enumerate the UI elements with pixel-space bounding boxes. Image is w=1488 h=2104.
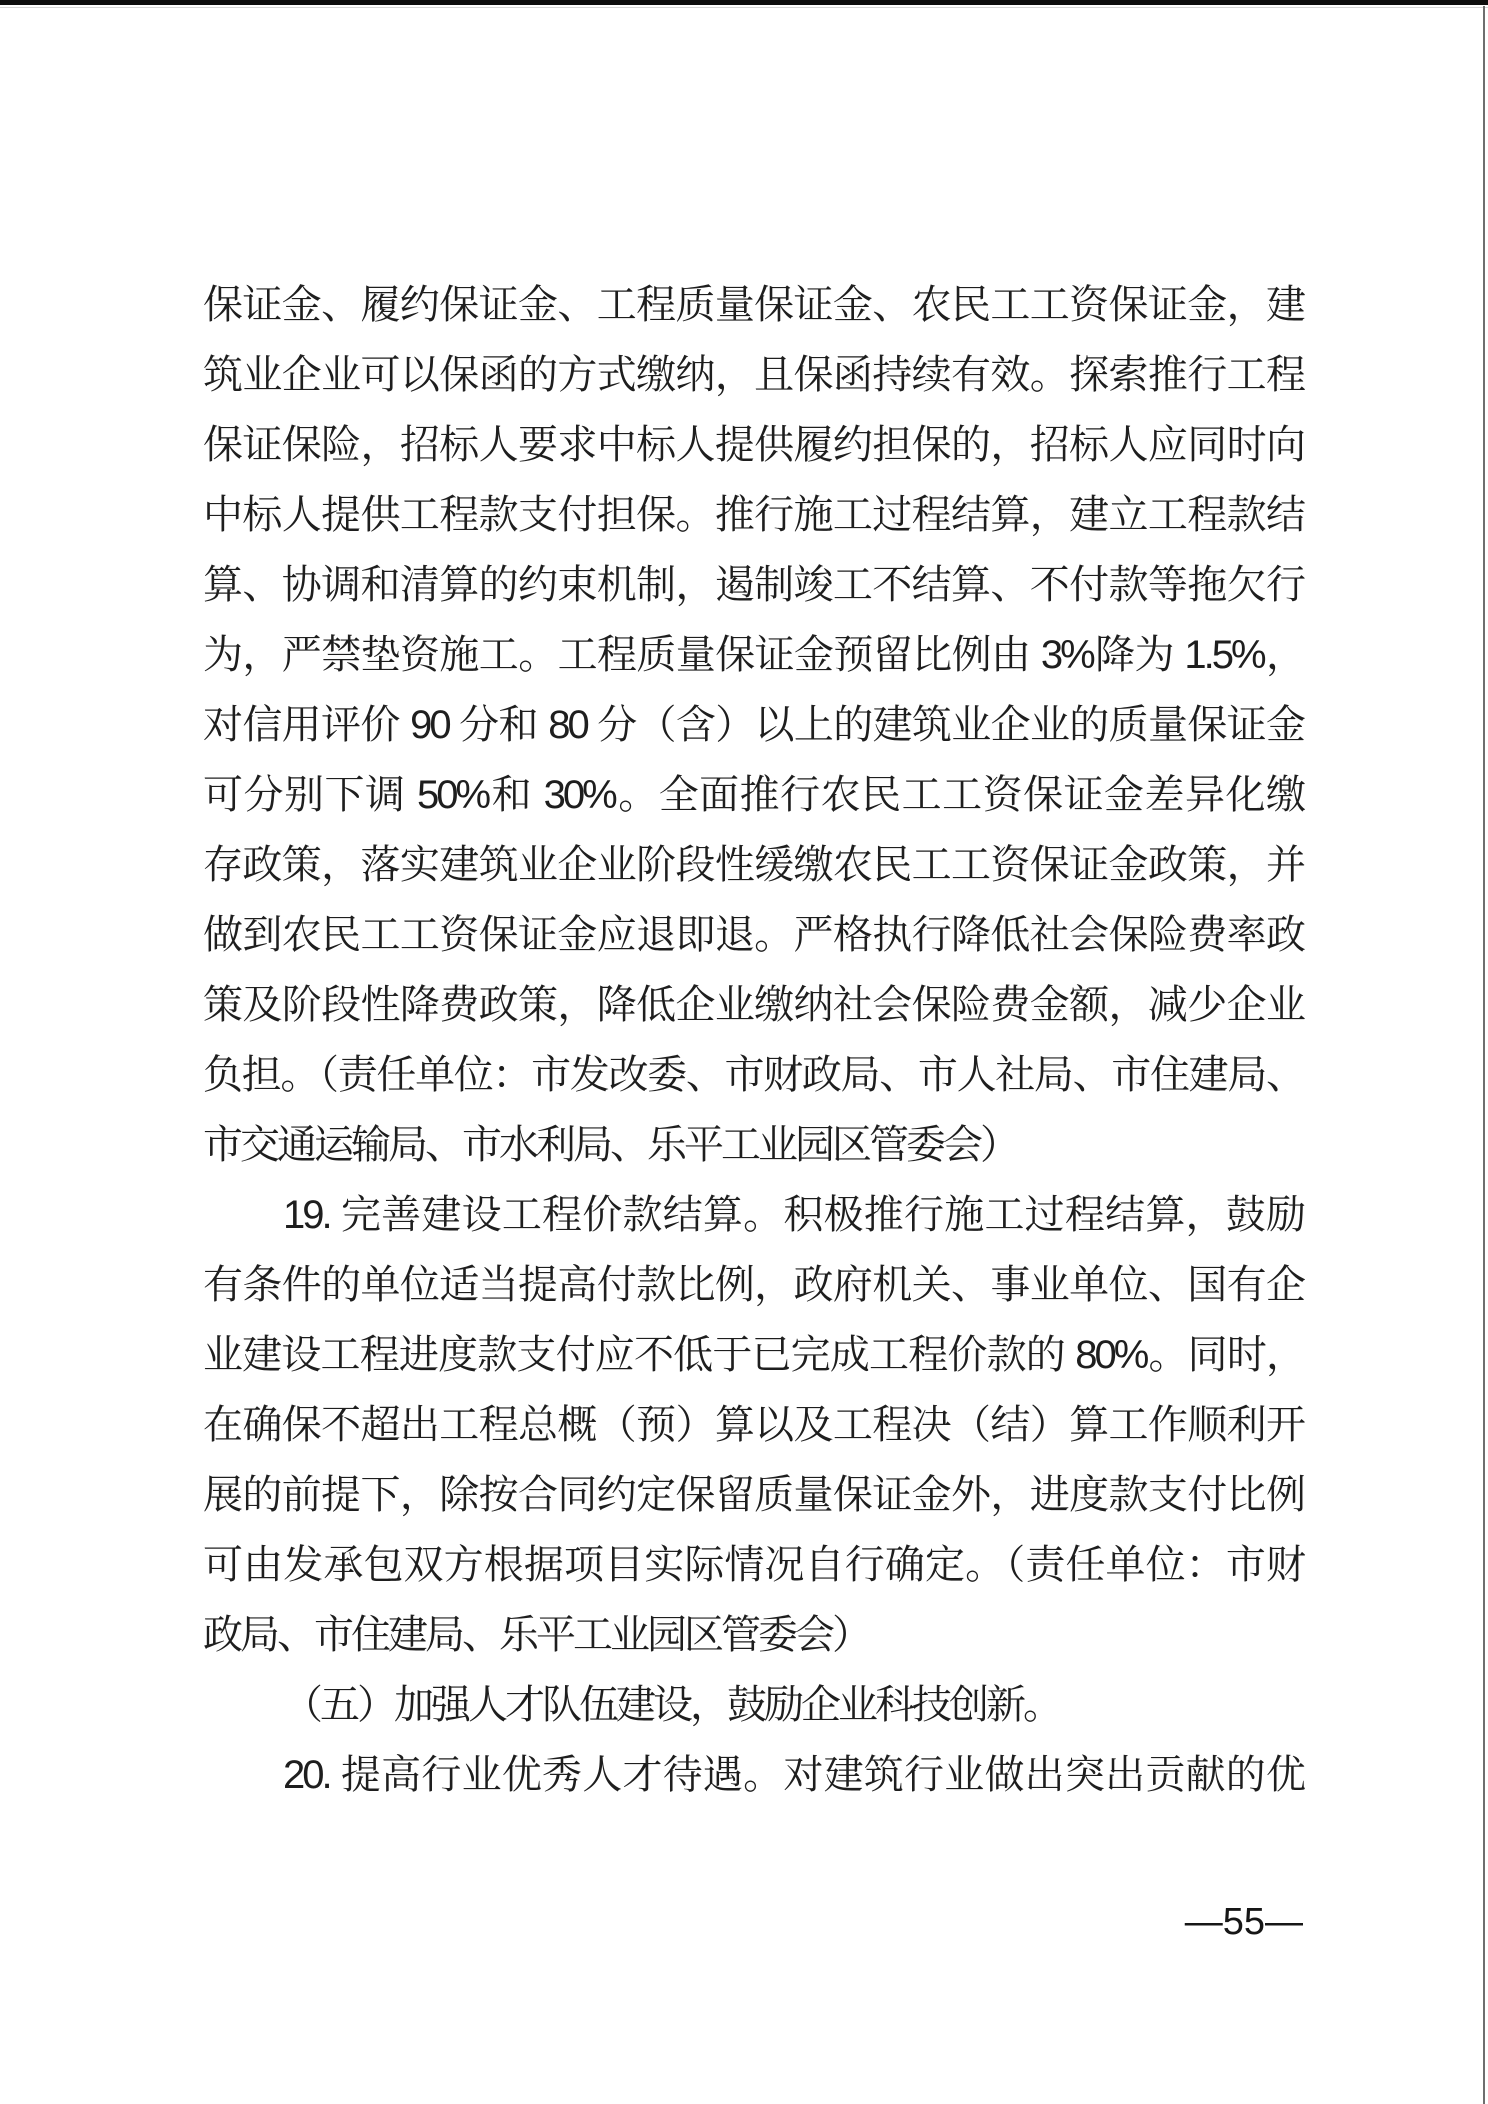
text-line: 政局、市住建局、乐平工业园区管委会） [203, 1600, 1303, 1670]
text-line-item-19: 19. 完善建设工程价款结算。积极推行施工过程结算，鼓励 [203, 1180, 1303, 1250]
body-text-block: 保证金、履约保证金、工程质量保证金、农民工工资保证金，建 筑业企业可以保函的方式… [203, 270, 1303, 1810]
text-line: 中标人提供工程款支付担保。推行施工过程结算，建立工程款结 [203, 480, 1303, 550]
text-line: 保证保险，招标人要求中标人提供履约担保的，招标人应同时向 [203, 410, 1303, 480]
text-line: 对信用评价 90 分和 80 分（含）以上的建筑业企业的质量保证金 [203, 690, 1303, 760]
text-line: 为，严禁垫资施工。工程质量保证金预留比例由 3%降为 1.5%， [203, 620, 1303, 690]
text-line: 业建设工程进度款支付应不低于已完成工程价款的 80%。同时， [203, 1320, 1303, 1390]
section-heading-five: （五）加强人才队伍建设，鼓励企业科技创新。 [203, 1670, 1303, 1740]
text-line: 有条件的单位适当提高付款比例，政府机关、事业单位、国有企 [203, 1250, 1303, 1320]
text-line: 保证金、履约保证金、工程质量保证金、农民工工资保证金，建 [203, 270, 1303, 340]
text-line-item-20: 20. 提高行业优秀人才待遇。对建筑行业做出突出贡献的优 [203, 1740, 1303, 1810]
text-line: 展的前提下，除按合同约定保留质量保证金外，进度款支付比例 [203, 1460, 1303, 1530]
text-line: 做到农民工工资保证金应退即退。严格执行降低社会保险费率政 [203, 900, 1303, 970]
scan-top-edge-bar [0, 0, 1488, 5]
page-number: —55— [203, 1900, 1303, 1944]
text-line: 在确保不超出工程总概（预）算以及工程决（结）算工作顺利开 [203, 1390, 1303, 1460]
text-line: 策及阶段性降费政策，降低企业缴纳社会保险费金额，减少企业 [203, 970, 1303, 1040]
text-line: 可分别下调 50%和 30%。全面推行农民工工资保证金差异化缴 [203, 760, 1303, 830]
text-line: 市交通运输局、市水利局、乐平工业园区管委会） [203, 1110, 1303, 1180]
text-line: 可由发承包双方根据项目实际情况自行确定。（责任单位：市财 [203, 1530, 1303, 1600]
scan-top-edge-subline [0, 7, 1488, 8]
text-line: 存政策，落实建筑业企业阶段性缓缴农民工工资保证金政策，并 [203, 830, 1303, 900]
text-line: 筑业企业可以保函的方式缴纳，且保函持续有效。探索推行工程 [203, 340, 1303, 410]
text-line: 算、协调和清算的约束机制，遏制竣工不结算、不付款等拖欠行 [203, 550, 1303, 620]
text-line: 负担。（责任单位：市发改委、市财政局、市人社局、市住建局、 [203, 1040, 1303, 1110]
document-page: 保证金、履约保证金、工程质量保证金、农民工工资保证金，建 筑业企业可以保函的方式… [0, 0, 1488, 2104]
scan-right-edge-line [1483, 6, 1485, 2104]
